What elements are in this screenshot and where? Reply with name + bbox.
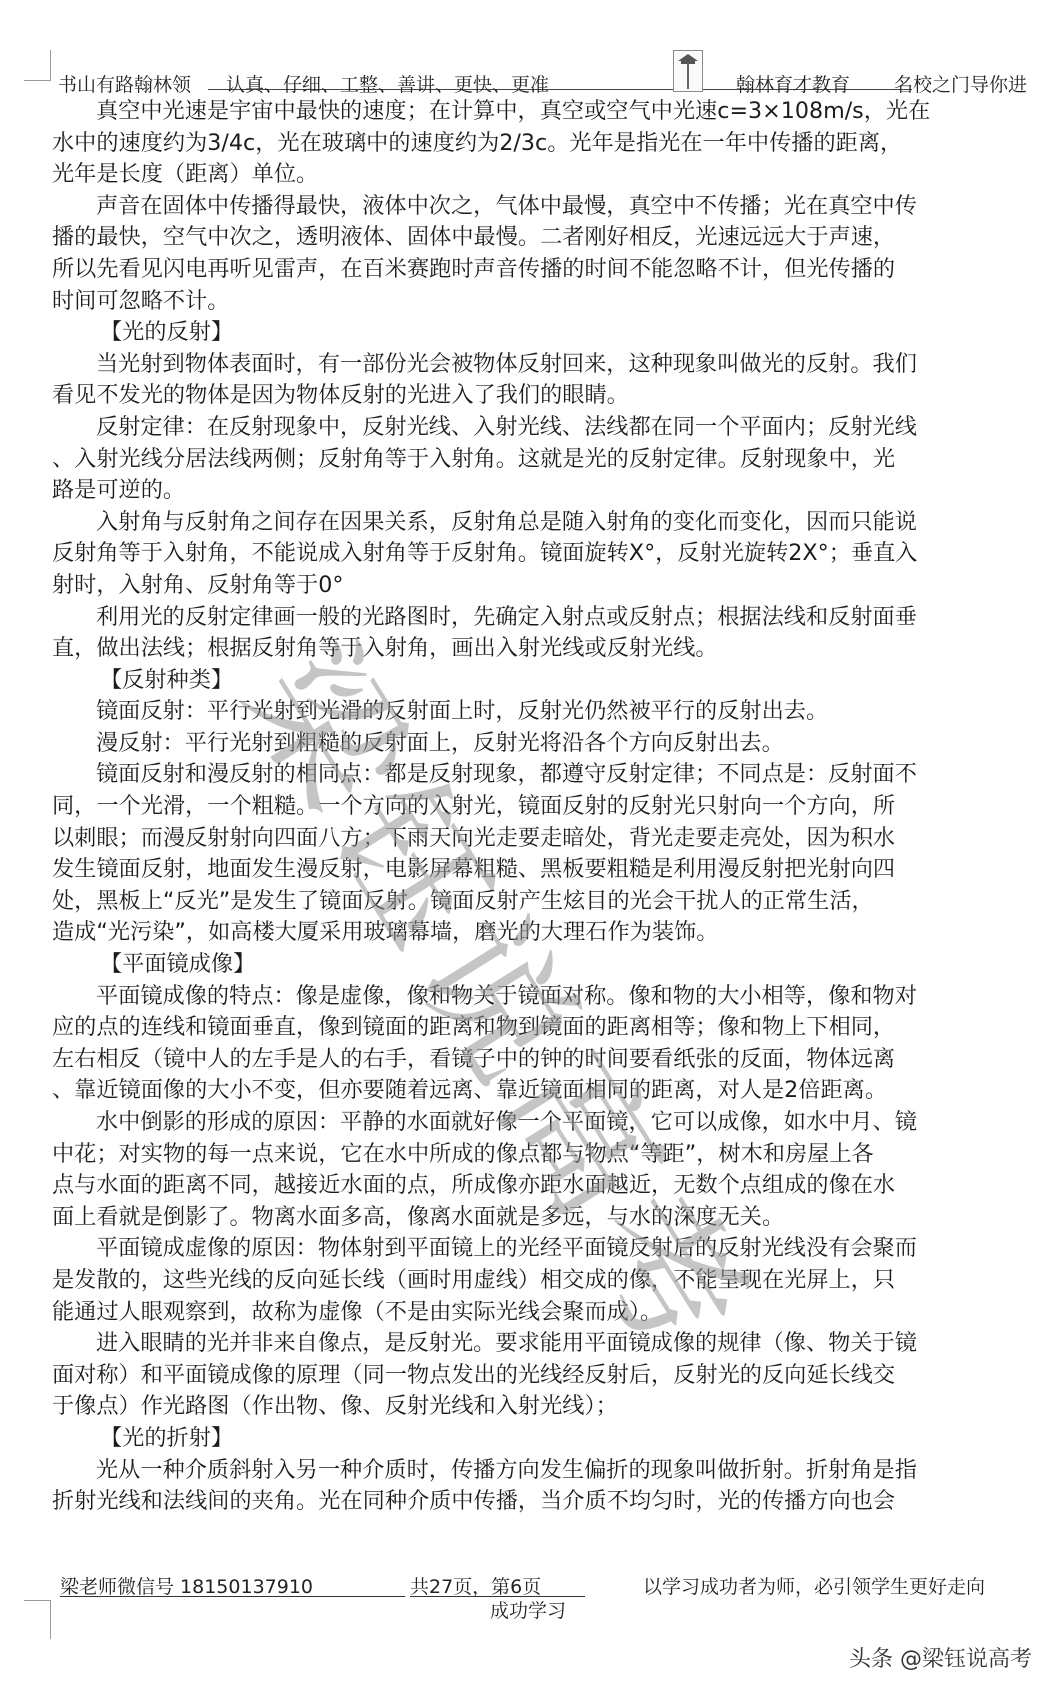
section-heading: 【光的折射】 <box>52 1423 1056 1455</box>
text-line: 面对称）和平面镜成像的原理（同一物点发出的光线经反射后，反射光的反向延长线交 <box>52 1360 1056 1392</box>
text-line: 、靠近镜面像的大小不变，但亦要随着远离、靠近镜面相同的距离，对人是2倍距离。 <box>52 1075 1056 1107</box>
text-line: 利用光的反射定律画一般的光路图时，先确定入射点或反射点；根据法线和反射面垂 <box>52 602 1056 634</box>
footer-contact: 梁老师微信号 18150137910 <box>60 1572 313 1599</box>
header-org-name: 翰林育才教育 <box>736 70 850 97</box>
header-slogan: 认真、仔细、工整、善讲、更快、更准 <box>226 70 549 97</box>
text-line: 处，黑板上“反光”是发生了镜面反射。镜面反射产生炫目的光会干扰人的正常生活， <box>52 886 1056 918</box>
document-body: 真空中光速是宇宙中最快的速度；在计算中，真空或空气中光速c=3×108m/s，光… <box>52 96 1056 1518</box>
graduation-cap-icon <box>673 50 703 92</box>
text-line: 平面镜成虚像的原因：物体射到平面镜上的光经平面镜反射后的反射光线没有会聚而 <box>52 1233 1056 1265</box>
text-line: 反射角等于入射角，不能说成入射角等于反射角。镜面旋转X°，反射光旋转2X°；垂直… <box>52 538 1056 570</box>
text-line: 进入眼睛的光并非来自像点，是反射光。要求能用平面镜成像的规律（像、物关于镜 <box>52 1328 1056 1360</box>
section-heading: 【反射种类】 <box>52 665 1056 697</box>
text-line: 水中的速度约为3/4c，光在玻璃中的速度约为2/3c。光年是指光在一年中传播的距… <box>52 128 1056 160</box>
text-line: 镜面反射和漫反射的相同点：都是反射现象，都遵守反射定律；不同点是：反射面不 <box>52 759 1056 791</box>
text-line: 于像点）作光路图（作出物、像、反射光线和入射光线）； <box>52 1391 1056 1423</box>
text-line: 点与水面的距离不同，越接近水面的点，所成像亦距水面越近，无数个点组成的像在水 <box>52 1170 1056 1202</box>
section-heading: 【光的反射】 <box>52 317 1056 349</box>
text-line: 发生镜面反射，地面发生漫反射，电影屏幕粗糙、黑板要粗糙是利用漫反射把光射向四 <box>52 854 1056 886</box>
footer-motto-line1: 以学习成功者为师，必引领学生更好走向 <box>643 1572 985 1599</box>
text-line: 入射角与反射角之间存在因果关系，反射角总是随入射角的变化而变化，因而只能说 <box>52 507 1056 539</box>
text-line: 当光射到物体表面时，有一部份光会被物体反射回来，这种现象叫做光的反射。我们 <box>52 349 1056 381</box>
text-line: 折射光线和法线间的夹角。光在同种介质中传播，当介质不均匀时，光的传播方向也会 <box>52 1486 1056 1518</box>
text-line: 水中倒影的形成的原因：平静的水面就好像一个平面镜，它可以成像，如水中月、镜 <box>52 1107 1056 1139</box>
footer-page-info: 共27页，第6页 <box>410 1572 541 1599</box>
text-line: 左右相反（镜中人的左手是人的右手，看镜子中的钟的时间要看纸张的反面，物体远离 <box>52 1044 1056 1076</box>
text-line: 镜面反射：平行光射到光滑的反射面上时，反射光仍然被平行的反射出去。 <box>52 696 1056 728</box>
text-line: 平面镜成像的特点：像是虚像，像和物关于镜面对称。像和物的大小相等，像和物对 <box>52 981 1056 1013</box>
document-page: 书山有路翰林领 认真、仔细、工整、善讲、更快、更准 翰林育才教育 名校之门导你进… <box>0 0 1056 1694</box>
text-line: 应的点的连线和镜面垂直，像到镜面的距离和物到镜面的距离相等；像和物上下相同， <box>52 1012 1056 1044</box>
header-right-motto: 名校之门导你进 <box>894 70 1027 97</box>
text-line: 是发散的，这些光线的反向延长线（画时用虚线）相交成的像，不能呈现在光屏上，只 <box>52 1265 1056 1297</box>
header-left-motto: 书山有路翰林领 <box>58 70 191 97</box>
text-line: 漫反射：平行光射到粗糙的反射面上，反射光将沿各个方向反射出去。 <box>52 728 1056 760</box>
text-line: 时间可忽略不计。 <box>52 286 1056 318</box>
text-line: 反射定律：在反射现象中，反射光线、入射光线、法线都在同一个平面内；反射光线 <box>52 412 1056 444</box>
text-line: 所以先看见闪电再听见雷声，在百米赛跑时声音传播的时间不能忽略不计，但光传播的 <box>52 254 1056 286</box>
footer-motto-line2: 成功学习 <box>0 1596 1056 1623</box>
section-heading: 【平面镜成像】 <box>52 949 1056 981</box>
text-line: 光年是长度（距离）单位。 <box>52 159 1056 191</box>
text-line: 造成“光污染”，如高楼大厦采用玻璃幕墙，磨光的大理石作为装饰。 <box>52 917 1056 949</box>
text-line: 中花；对实物的每一点来说，它在水中所成的像点都与物点“等距”，树木和房屋上各 <box>52 1139 1056 1171</box>
text-line: 看见不发光的物体是因为物体反射的光进入了我们的眼睛。 <box>52 380 1056 412</box>
text-line: 、入射光线分居法线两侧；反射角等于入射角。这就是光的反射定律。反射现象中，光 <box>52 444 1056 476</box>
text-line: 能通过人眼观察到，故称为虚像（不是由实际光线会聚而成）。 <box>52 1297 1056 1329</box>
text-line: 同，一个光滑，一个粗糙。一个方向的入射光，镜面反射的反射光只射向一个方向，所 <box>52 791 1056 823</box>
text-line: 真空中光速是宇宙中最快的速度；在计算中，真空或空气中光速c=3×108m/s，光… <box>52 96 1056 128</box>
text-line: 路是可逆的。 <box>52 475 1056 507</box>
text-line: 射时，入射角、反射角等于0° <box>52 570 1056 602</box>
page-header: 书山有路翰林领 认真、仔细、工整、善讲、更快、更准 翰林育才教育 名校之门导你进 <box>58 64 1056 98</box>
text-line: 面上看就是倒影了。物离水面多高，像离水面就是多远，与水的深度无关。 <box>52 1202 1056 1234</box>
text-line: 以刺眼；而漫反射射向四面八方；下雨天向光走要走暗处，背光走要走亮处，因为积水 <box>52 823 1056 855</box>
text-line: 直，做出法线；根据反射角等于入射角，画出入射光线或反射光线。 <box>52 633 1056 665</box>
source-attribution: 头条 @梁钰说高考 <box>849 1642 1032 1673</box>
text-line: 播的最快，空气中次之，透明液体、固体中最慢。二者刚好相反，光速远远大于声速， <box>52 222 1056 254</box>
text-line: 光从一种介质斜射入另一种介质时，传播方向发生偏折的现象叫做折射。折射角是指 <box>52 1455 1056 1487</box>
text-line: 声音在固体中传播得最快，液体中次之，气体中最慢，真空中不传播；光在真空中传 <box>52 191 1056 223</box>
crop-mark-top-left <box>24 50 51 81</box>
